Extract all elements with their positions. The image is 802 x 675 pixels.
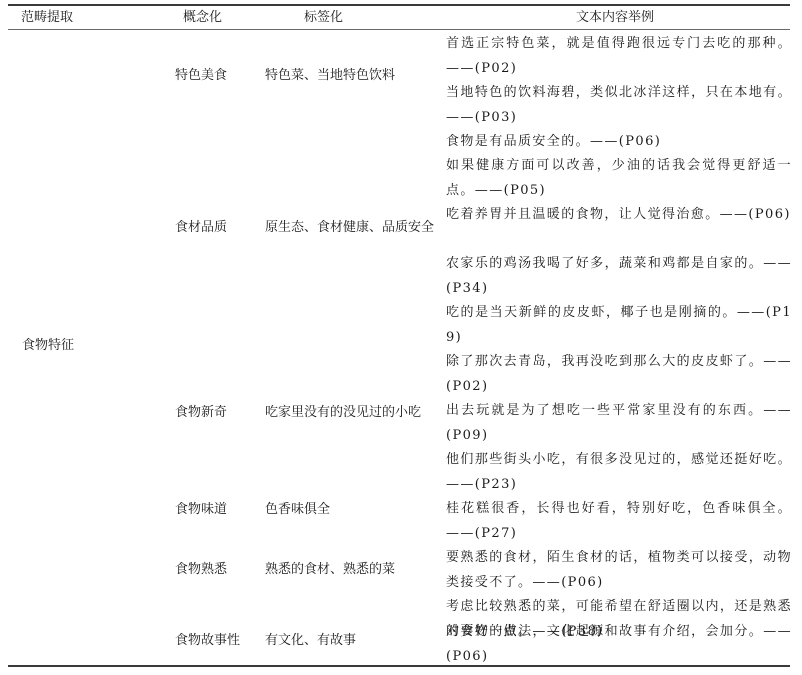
- header-label: 标签化: [304, 9, 343, 27]
- quote-text: 吃的是当天新鲜的皮皮虾，椰子也是刚摘的。——(P19): [446, 301, 792, 350]
- concept-cell: 食物味道: [175, 501, 227, 519]
- quote-text: 要熟悉的食材，陌生食材的话，植物类可以接受，动物类接受不了。——(P06): [446, 546, 792, 595]
- header-text-examples: 文本内容举例: [576, 9, 654, 27]
- quote-text: 除了那次去青岛，我再没吃到那么大的皮皮虾了。——(P02): [446, 350, 792, 399]
- quote-text: 出去玩就是为了想吃一些平常家里没有的东西。——(P09): [446, 399, 792, 448]
- label-cell: 特色菜、当地特色饮料: [265, 67, 395, 85]
- quote-text: 首选正宗特色菜，就是值得跑很远专门去吃的那种。——(P02): [446, 32, 792, 81]
- category-cell: 食物特征: [22, 337, 74, 355]
- concept-cell: 特色美食: [175, 67, 227, 85]
- bottom-rule: [8, 665, 790, 667]
- header-category: 范畴提取: [21, 9, 73, 27]
- label-cell: 有文化、有故事: [265, 632, 356, 650]
- concept-cell: 食物熟悉: [175, 561, 227, 579]
- quote-text: 对食物的做法，文化起源和故事有介绍，会加分。——(P06): [446, 620, 792, 669]
- header-concept: 概念化: [183, 9, 222, 27]
- label-cell: 色香味俱全: [265, 501, 330, 519]
- header-rule: [8, 29, 790, 30]
- quote-text: 当地特色的饮料海碧，类似北冰洋这样，只在本地有。——(P03): [446, 81, 792, 130]
- concept-cell: 食物新奇: [175, 404, 227, 422]
- quote-text: 如果健康方面可以改善，少油的话我会觉得更舒适一点。——(P05): [446, 154, 792, 203]
- quote-text: 食物是有品质安全的。——(P06): [446, 130, 792, 155]
- quote-text: 吃着养胃并且温暖的食物，让人觉得治愈。——(P06): [446, 203, 792, 228]
- concept-cell: 食物故事性: [175, 632, 240, 650]
- concept-cell: 食材品质: [175, 219, 227, 237]
- top-rule: [8, 4, 790, 6]
- quote-text: 农家乐的鸡汤我喝了好多，蔬菜和鸡都是自家的。——(P34): [446, 252, 792, 301]
- quote-text: 桂花糕很香，长得也好看，特别好吃，色香味俱全。——(P27): [446, 497, 792, 546]
- label-cell: 熟悉的食材、熟悉的菜: [265, 561, 395, 579]
- label-cell: 原生态、食材健康、品质安全: [265, 219, 434, 237]
- quote-text: 他们那些街头小吃，有很多没见过的，感觉还挺好吃。——(P23): [446, 448, 792, 497]
- label-cell: 吃家里没有的没见过的小吃: [265, 404, 421, 422]
